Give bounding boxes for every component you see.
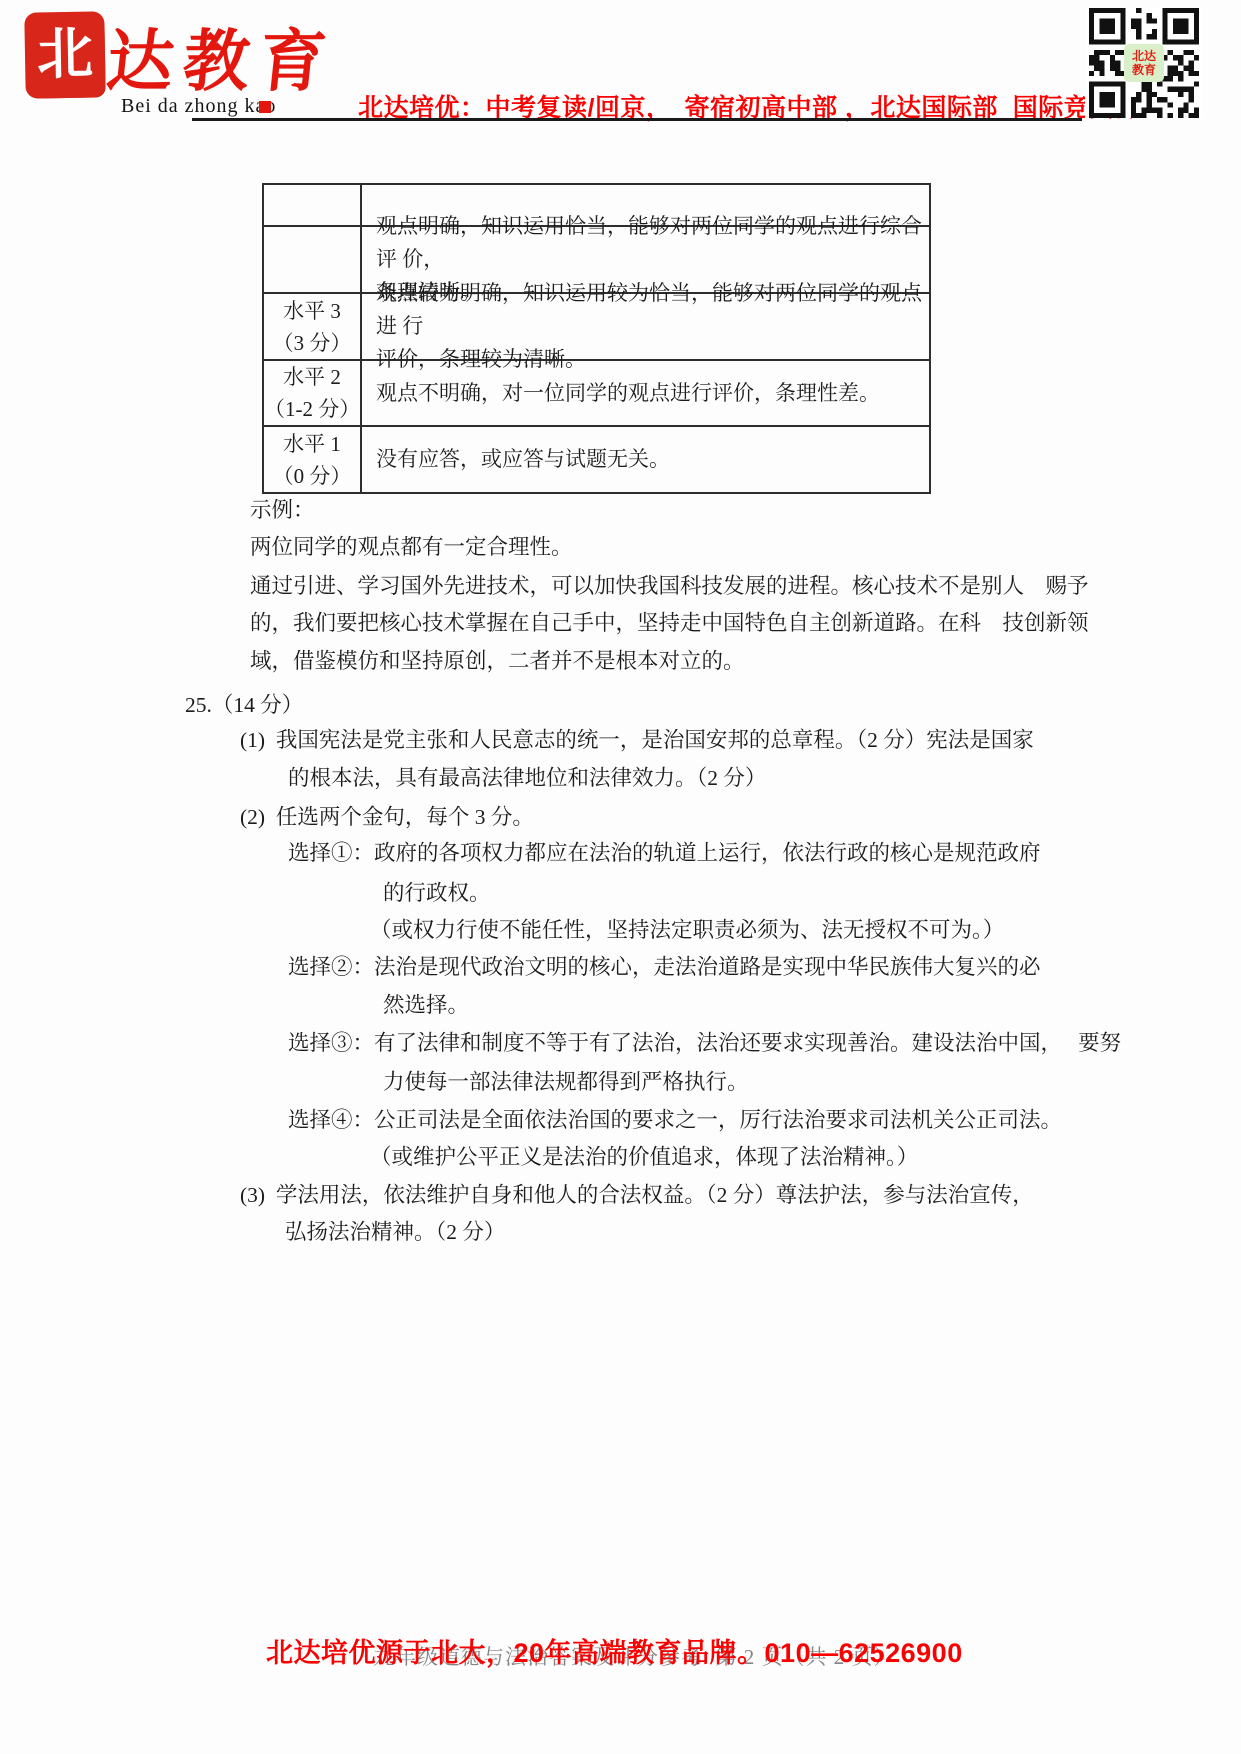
table-cell-level: 水平 3 （3 分） xyxy=(264,294,362,361)
table-cell-desc: 观点较为明确，知识运用较为恰当，能够对两位同学的观点进 行 评价，条理较为清晰。 xyxy=(362,294,931,361)
body-line: 两位同学的观点都有一定合理性。 xyxy=(250,532,573,562)
table-cell-desc: 观点不明确，对一位同学的观点进行评价，条理性差。 xyxy=(362,361,931,427)
body-line: （或维护公平正义是法治的价值追求，体现了法治精神。） xyxy=(370,1142,918,1172)
body-line: (2) 任选两个金句，每个 3 分。 xyxy=(240,802,534,832)
body-line: 的根本法，具有最高法律地位和法律效力。（2 分） xyxy=(288,763,766,793)
body-line: 力使每一部法律法规都得到严格执行。 xyxy=(383,1067,749,1097)
body-line: 弘扬法治精神。（2 分） xyxy=(285,1217,505,1247)
body-line: (3) 学法用法，依法维护自身和他人的合法权益。（2 分）尊法护法，参与法治宣传… xyxy=(240,1180,1034,1210)
footer-brand-overlay: 北达培优源于北大，20年高端教育品牌。010—62526900 xyxy=(266,1631,963,1670)
brand-name: 达教育 xyxy=(103,7,341,104)
brand-seal-logo: 北 xyxy=(26,13,103,96)
body-line: 选择④：公正司法是全面依法治国的要求之一，厉行法治要求司法机关公正司法。 xyxy=(288,1105,1062,1135)
table-cell-desc: 没有应答，或应答与试题无关。 xyxy=(362,427,931,494)
rubric-table: 观点明确，知识运用恰当，能够对两位同学的观点进行综合评 价， 条理清晰。 水平 … xyxy=(262,183,931,494)
body-line: 通过引进、学习国外先进技术，可以加快我国科技发展的进程。核心技术不是别人 赐予 xyxy=(250,571,1089,601)
header-divider xyxy=(192,118,1082,121)
body-line: 选择③：有了法律和制度不等于有了法治，法治还要求实现善治。建设法治中国， 要努 xyxy=(288,1028,1121,1058)
body-line: 示例： xyxy=(250,495,315,525)
body-line: 25.（14 分） xyxy=(185,690,303,720)
table-cell-level: 水平 1 （0 分） xyxy=(264,427,362,494)
body-line: （或权力行使不能任性，坚持法定职责必须为、法无授权不可为。） xyxy=(370,915,1004,945)
qr-code: 北达 教育 xyxy=(1085,8,1203,118)
body-line: 选择②：法治是现代政治文明的核心，走法治道路是实现中华民族伟大复兴的必 xyxy=(288,952,1041,982)
table-cell-level xyxy=(264,185,362,227)
table-cell-level: 水平 2 （1-2 分） xyxy=(264,361,362,427)
body-line: 域，借鉴模仿和坚持原创，二者并不是根本对立的。 xyxy=(250,646,745,676)
brand-subtitle: Bei da zhong kao xyxy=(121,95,276,118)
table-cell-level xyxy=(264,227,362,294)
body-line: 然选择。 xyxy=(383,990,469,1020)
body-line: 的，我们要把核心技术掌握在自己手中，坚持走中国特色自主创新道路。在科 技创新领 xyxy=(250,608,1089,638)
qr-center-label: 北达 教育 xyxy=(1124,44,1164,82)
brand-subtitle-square-icon xyxy=(259,101,271,113)
body-line: 选择①：政府的各项权力都应在法治的轨道上运行，依法行政的核心是规范政府 xyxy=(288,838,1041,868)
body-line: 的行政权。 xyxy=(383,878,491,908)
body-line: (1) 我国宪法是党主张和人民意志的统一，是治国安邦的总章程。（2 分）宪法是国… xyxy=(240,725,1034,755)
seal-character: 北 xyxy=(37,27,94,84)
document-page: 北 达教育 Bei da zhong kao 北达培优：中考复读/回京， 寄宿初… xyxy=(0,0,1241,1754)
